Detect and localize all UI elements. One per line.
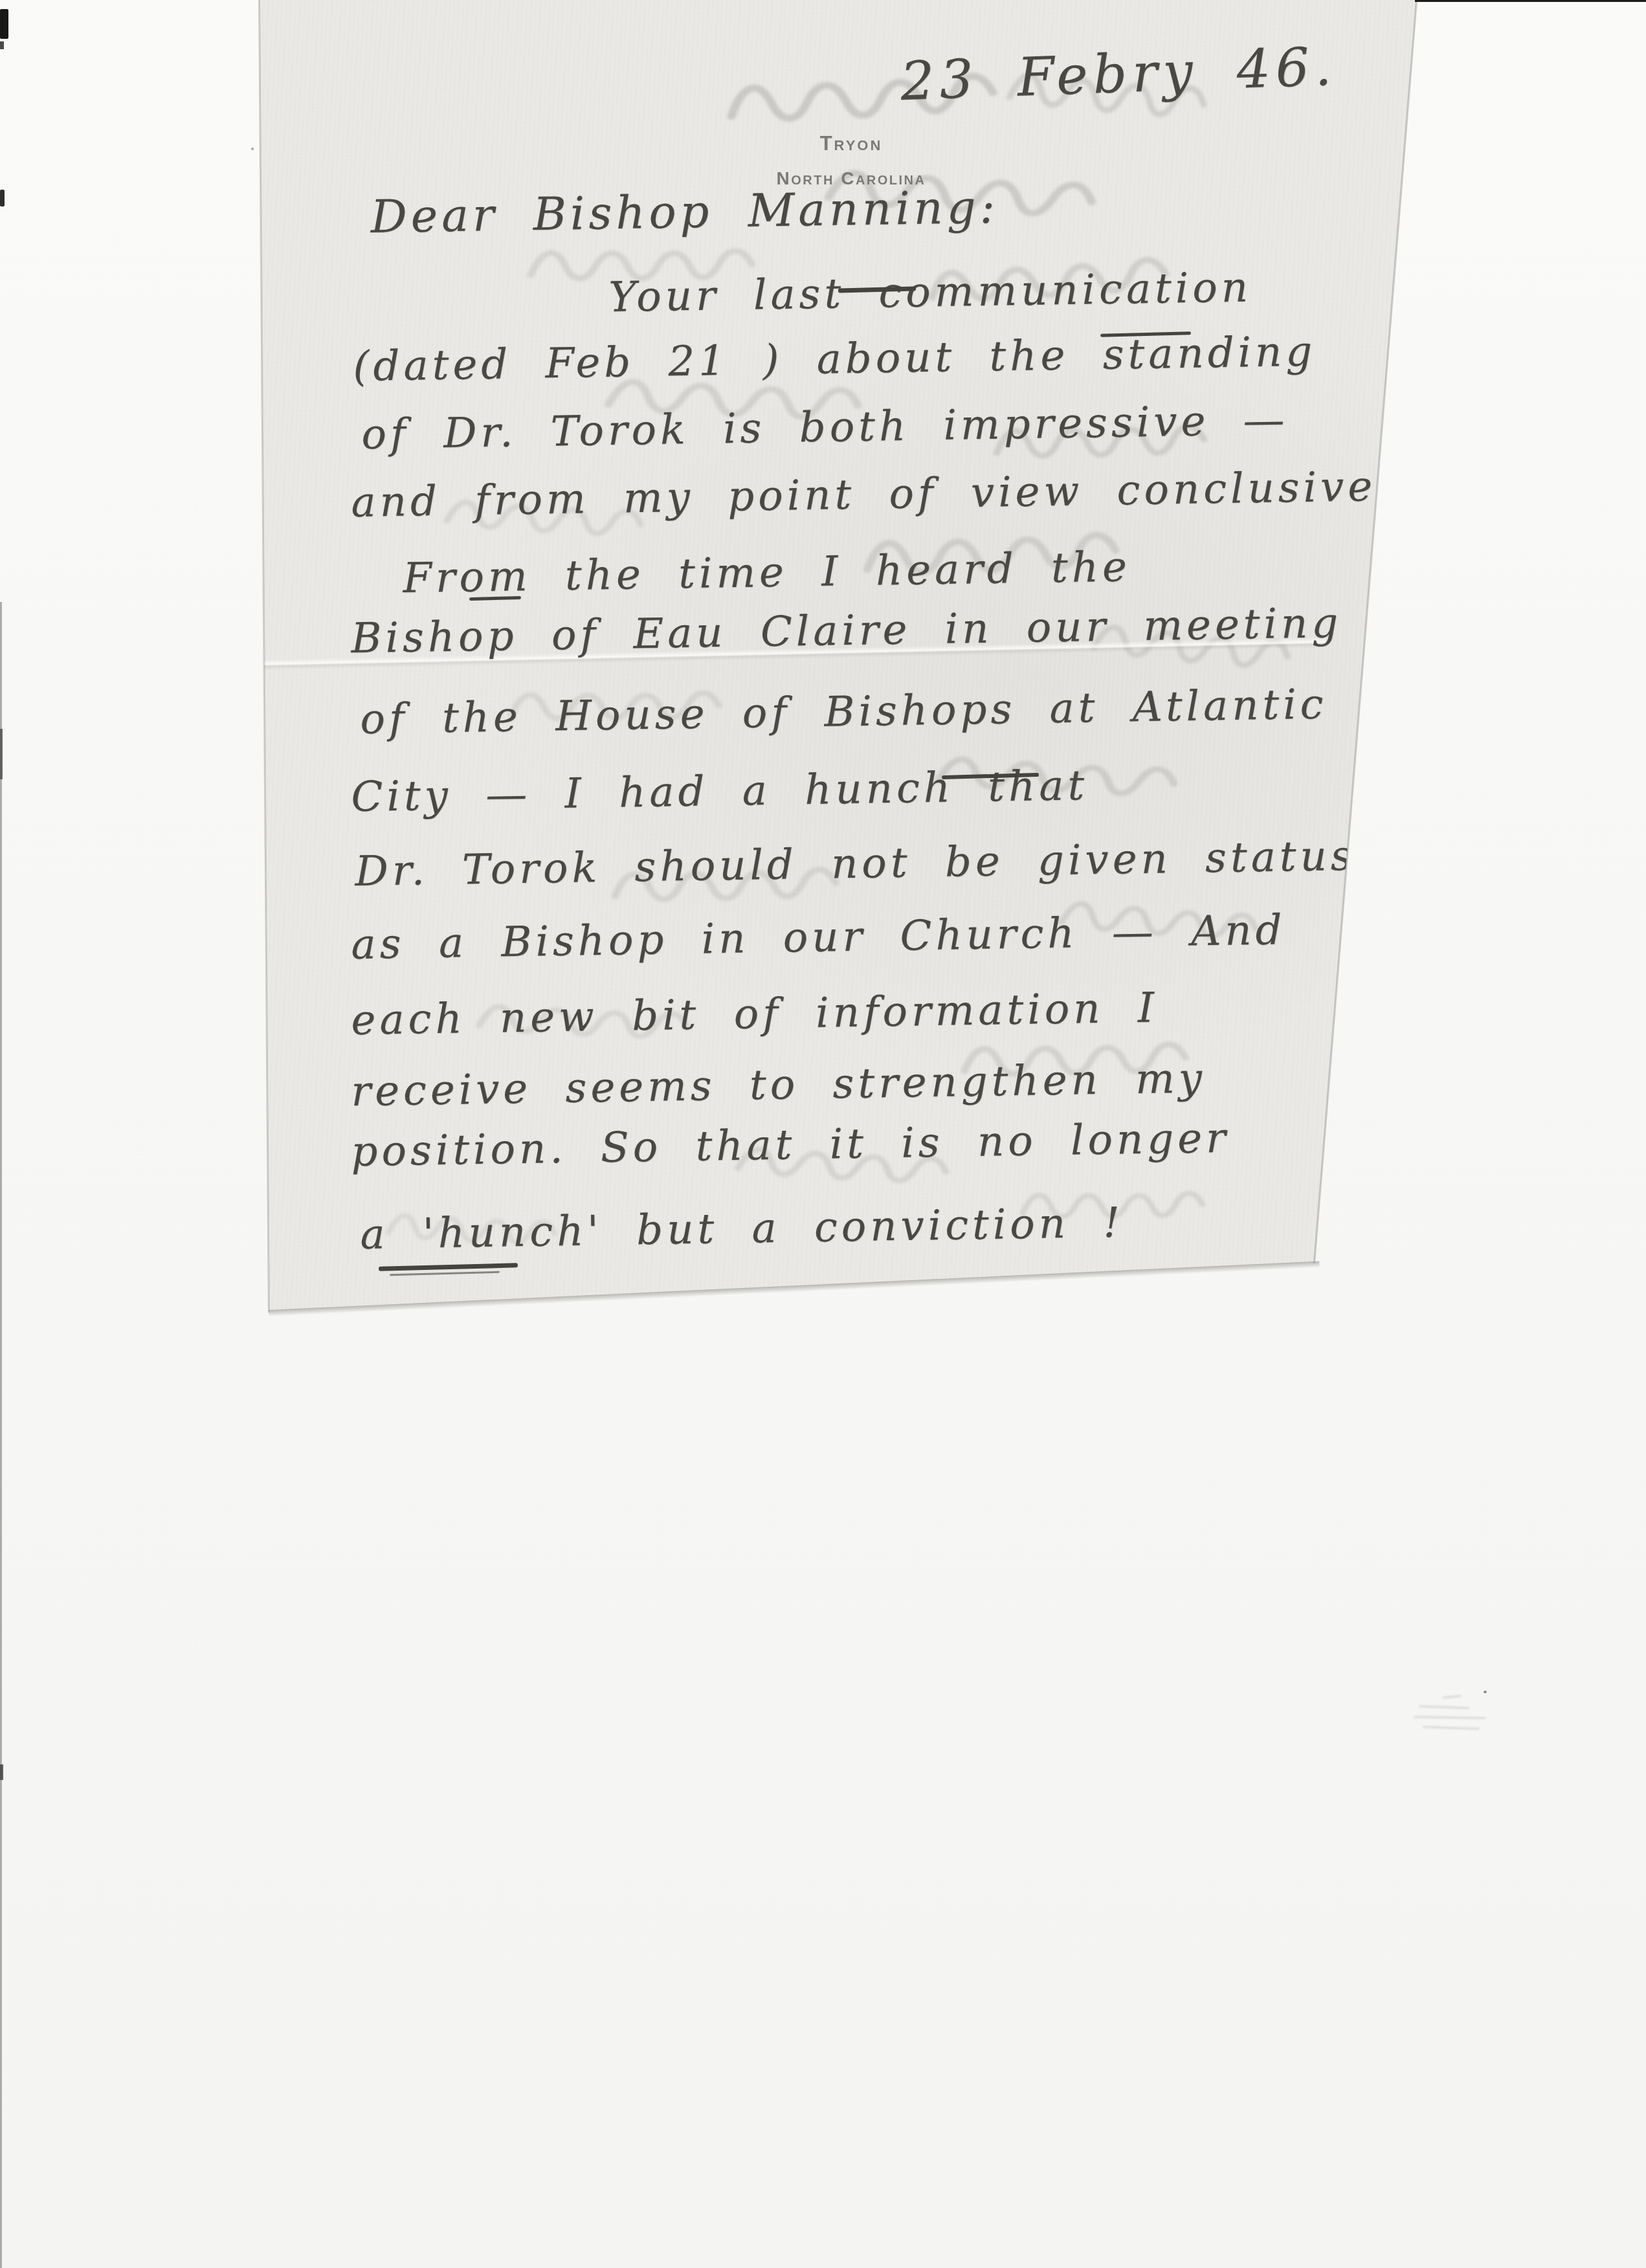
handwriting-line-5: From the time I heard the bbox=[403, 546, 1131, 599]
scan-left-edge-line bbox=[0, 602, 2, 2268]
dust-speck bbox=[251, 148, 254, 150]
erased-pencil-smudge bbox=[1423, 1726, 1480, 1729]
scan-top-edge-artifact bbox=[1415, 0, 1646, 2]
scan-corner-mark-small bbox=[0, 41, 4, 49]
scan-left-edge-segment bbox=[0, 729, 3, 779]
handwriting-line-1: Your last communication bbox=[608, 267, 1252, 318]
scan-left-edge-mark bbox=[0, 190, 5, 206]
handwriting-line-12: receive seems to strengthen my bbox=[351, 1058, 1206, 1113]
scan-left-edge-segment-lower bbox=[0, 1764, 3, 1780]
letter-paper: Tryon North Carolina 23 Febry 46. Dear B… bbox=[0, 0, 1646, 2268]
handwriting-line-8: City — I had a hunch that bbox=[351, 765, 1089, 818]
scan-corner-mark bbox=[0, 9, 8, 39]
erased-pencil-smudge bbox=[1414, 1716, 1486, 1719]
handwritten-date: 23 Febry 46. bbox=[900, 40, 1337, 108]
erased-pencil-smudge bbox=[1419, 1706, 1469, 1709]
handwritten-salutation: Dear Bishop Manning: bbox=[370, 184, 999, 239]
scanned-letter-page: Tryon North Carolina 23 Febry 46. Dear B… bbox=[0, 0, 1646, 2268]
handwriting-line-11: each new bit of information I bbox=[351, 987, 1158, 1041]
handwriting-line-14: a 'hunch' but a conviction ! bbox=[360, 1202, 1124, 1256]
erased-pencil-smudge bbox=[1442, 1695, 1462, 1698]
pencil-dot bbox=[1484, 1691, 1487, 1693]
letterhead-city: Tryon bbox=[820, 132, 883, 155]
